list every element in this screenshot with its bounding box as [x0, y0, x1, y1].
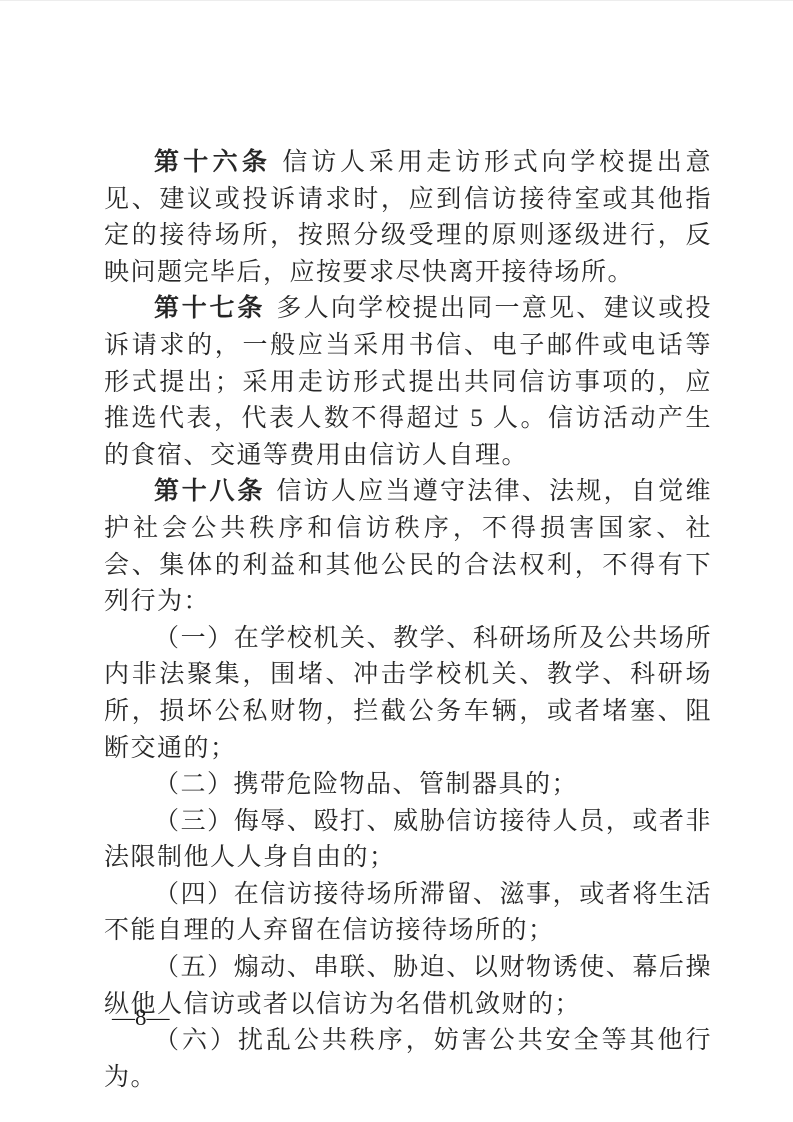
- article-18-paragraph: 第十八条信访人应当遵守法律、法规，自觉维护社会公共秩序和信访秩序，不得损害国家、…: [104, 474, 712, 620]
- article-18-label: 第十八条: [154, 478, 265, 505]
- article-18-item-2-text: （二）携带危险物品、管制器具的；: [154, 771, 578, 798]
- article-18-item-5: （五）煽动、串联、胁迫、以财物诱使、幕后操纵他人信访或者以信访为名借机敛财的；: [104, 950, 712, 1023]
- article-18-item-3-text: （三）侮辱、殴打、威胁信访接待人员，或者非法限制他人人身自由的；: [104, 808, 712, 872]
- article-16-paragraph: 第十六条信访人采用走访形式向学校提出意见、建议或投诉请求时，应到信访接待室或其他…: [104, 145, 712, 291]
- article-17-label: 第十七条: [154, 295, 265, 322]
- article-17-paragraph: 第十七条多人向学校提出同一意见、建议或投诉请求的，一般应当采用书信、电子邮件或电…: [104, 291, 712, 474]
- article-18-item-6: （六）扰乱公共秩序，妨害公共安全等其他行为。: [104, 1023, 712, 1096]
- page-number: —8—: [112, 1005, 170, 1031]
- article-18-item-3: （三）侮辱、殴打、威胁信访接待人员，或者非法限制他人人身自由的；: [104, 804, 712, 877]
- article-18-item-6-text: （六）扰乱公共秩序，妨害公共安全等其他行为。: [104, 1027, 712, 1091]
- document-body: 第十六条信访人采用走访形式向学校提出意见、建议或投诉请求时，应到信访接待室或其他…: [104, 145, 712, 1096]
- article-18-item-4-text: （四）在信访接待场所滞留、滋事，或者将生活不能自理的人弃留在信访接待场所的；: [104, 881, 712, 945]
- document-page: 第十六条信访人采用走访形式向学校提出意见、建议或投诉请求时，应到信访接待室或其他…: [0, 0, 793, 1122]
- article-18-item-2: （二）携带危险物品、管制器具的；: [104, 767, 712, 804]
- article-18-item-4: （四）在信访接待场所滞留、滋事，或者将生活不能自理的人弃留在信访接待场所的；: [104, 877, 712, 950]
- article-18-item-5-text: （五）煽动、串联、胁迫、以财物诱使、幕后操纵他人信访或者以信访为名借机敛财的；: [104, 954, 712, 1018]
- article-16-label: 第十六条: [154, 149, 271, 176]
- article-18-item-1-text: （一）在学校机关、教学、科研场所及公共场所内非法聚集，围堵、冲击学校机关、教学、…: [104, 625, 712, 762]
- article-18-item-1: （一）在学校机关、教学、科研场所及公共场所内非法聚集，围堵、冲击学校机关、教学、…: [104, 621, 712, 767]
